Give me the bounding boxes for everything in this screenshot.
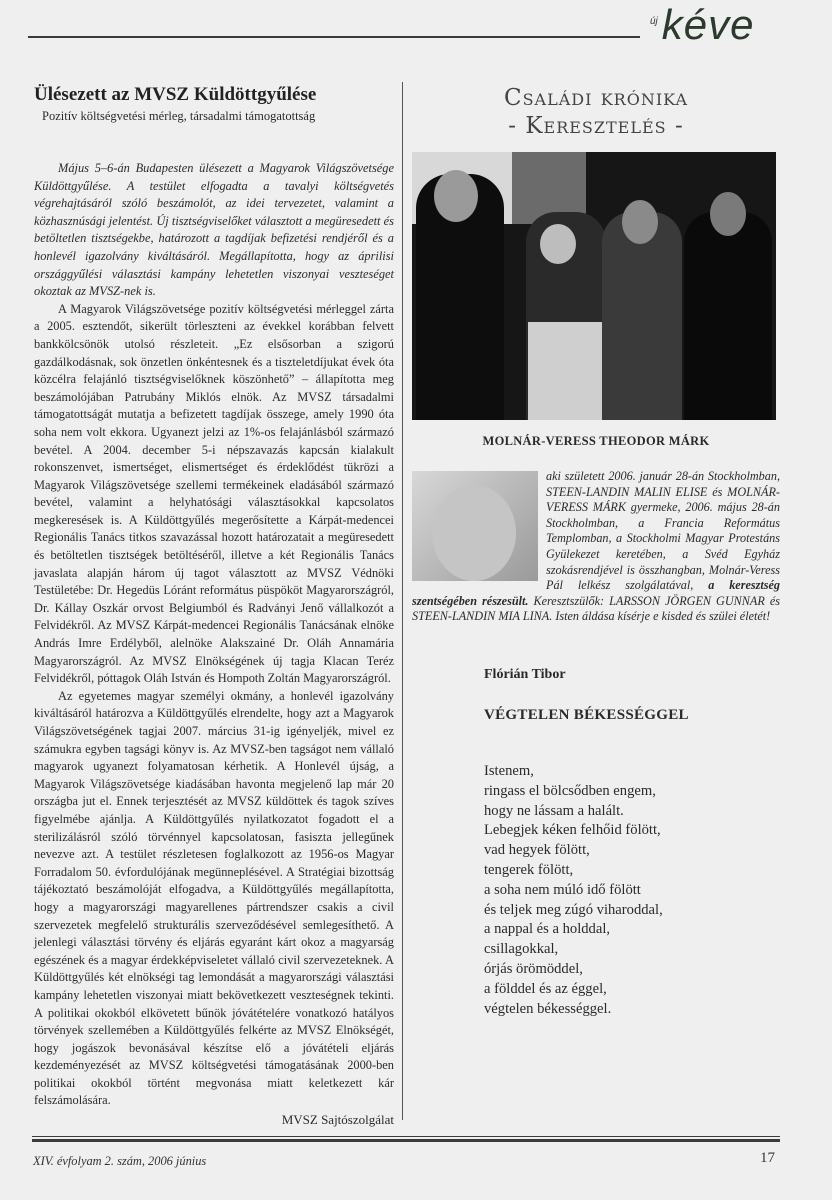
header-rule bbox=[28, 36, 640, 38]
chronicle-title-line2: - Keresztelés - bbox=[412, 112, 780, 140]
article-subtitle: Pozitív költségvetési mérleg, társadalmi… bbox=[42, 108, 394, 124]
poem-body: Istenem, ringass el bölcsődben engem, ho… bbox=[484, 762, 780, 1019]
issue-info: XIV. évfolyam 2. szám, 2006 június bbox=[33, 1154, 206, 1169]
article-paragraph: Az egyetemes magyar személyi okmány, a h… bbox=[34, 688, 394, 1110]
poem-line: Istenem, bbox=[484, 762, 780, 782]
poem-line: ringass el bölcsődben engem, bbox=[484, 782, 780, 802]
poem-line: hogy ne lássam a halált. bbox=[484, 802, 780, 822]
masthead-logo: új kéve bbox=[650, 2, 755, 52]
poem-author: Flórián Tibor bbox=[484, 667, 780, 683]
chronicle-title-line1: Családi krónika bbox=[412, 84, 780, 112]
chronicle-title: Családi krónika - Keresztelés - bbox=[412, 84, 780, 140]
article-paragraph: A Magyarok Világszövetsége pozitív költs… bbox=[34, 301, 394, 688]
article-column: Ülésezett az MVSZ Küldöttgyűlése Pozitív… bbox=[34, 84, 394, 1128]
baby-portrait-photo bbox=[412, 471, 538, 581]
poem-line: a nappal és a holddal, bbox=[484, 920, 780, 940]
poem-line: órjás örömöddel, bbox=[484, 960, 780, 980]
page-number: 17 bbox=[760, 1150, 775, 1167]
article-signature: MVSZ Sajtószolgálat bbox=[34, 1112, 394, 1128]
poem-line: végtelen békességgel. bbox=[484, 1000, 780, 1020]
poem-title: VÉGTELEN BÉKESSÉGGEL bbox=[484, 707, 780, 724]
baptism-announcement: aki született 2006. január 28-án Stockho… bbox=[412, 469, 780, 625]
article-title: Ülésezett az MVSZ Küldöttgyűlése bbox=[34, 84, 394, 106]
article-lead: Május 5–6-án Budapesten ülésezett a Magy… bbox=[34, 160, 394, 301]
poem-line: csillagokkal, bbox=[484, 940, 780, 960]
column-divider bbox=[402, 82, 403, 1120]
masthead-title: kéve bbox=[662, 2, 755, 48]
baptism-group-photo bbox=[412, 152, 776, 420]
poem-line: vad hegyek fölött, bbox=[484, 841, 780, 861]
poem-line: Lebegjek kéken felhőid fölött, bbox=[484, 821, 780, 841]
poem-line: a földdel és az éggel, bbox=[484, 980, 780, 1000]
poem-line: és teljek meg zúgó viharoddal, bbox=[484, 901, 780, 921]
photo-caption: MOLNÁR-VERESS THEODOR MÁRK bbox=[412, 434, 780, 449]
chronicle-column: Családi krónika - Keresztelés - MOLNÁR-V… bbox=[412, 84, 780, 1019]
footer-rule bbox=[32, 1136, 780, 1142]
masthead-prefix: új bbox=[650, 16, 658, 27]
poem-line: tengerek fölött, bbox=[484, 861, 780, 881]
poem-line: a soha nem múló idő fölött bbox=[484, 881, 780, 901]
